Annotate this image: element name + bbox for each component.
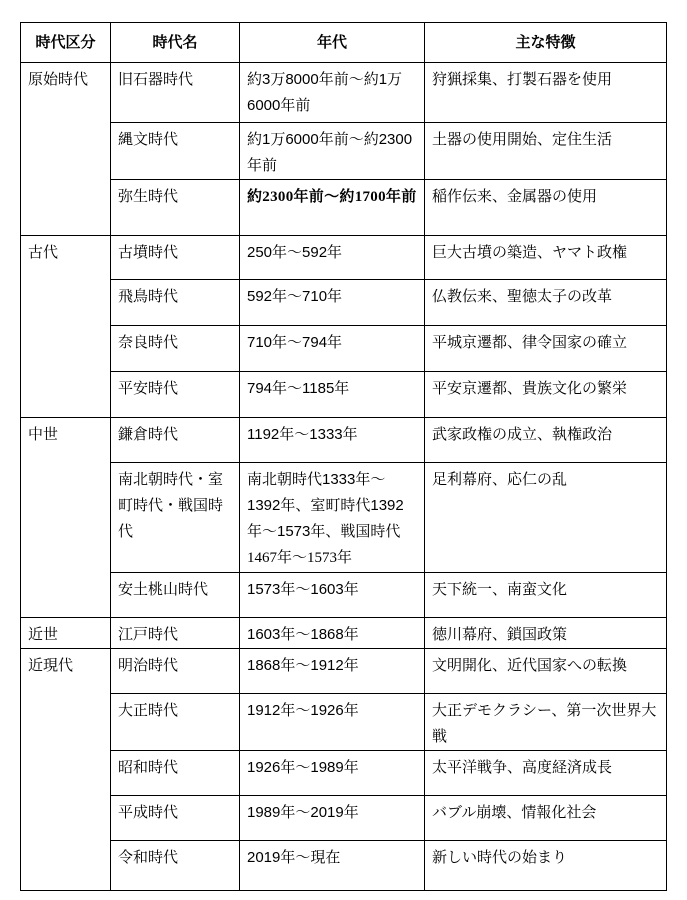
- era-table: 時代区分 時代名 年代 主な特徴 原始時代旧石器時代約3万8000年前〜約1万6…: [20, 22, 667, 891]
- era-group-cell: 古代: [21, 236, 111, 418]
- era-years-text: 794年〜1185年: [247, 380, 349, 397]
- era-years-text: 710年〜794年: [247, 334, 342, 351]
- era-years-text: 1868年〜1912年: [247, 657, 359, 674]
- era-features-cell: バブル崩壊、情報化社会: [425, 796, 667, 841]
- era-name-cell: 古墳時代: [111, 236, 240, 280]
- era-features-cell: 新しい時代の始まり: [425, 841, 667, 891]
- era-name-cell: 奈良時代: [111, 326, 240, 372]
- header-cell-era-category: 時代区分: [21, 23, 111, 63]
- era-name-cell: 旧石器時代: [111, 63, 240, 123]
- era-years-text: 約2300年前〜約1700年前: [247, 189, 417, 205]
- era-years-text: 250年〜592年: [247, 244, 342, 261]
- era-years-cell: 1192年〜1333年: [240, 418, 425, 463]
- era-years-text: 1603年〜1868年: [247, 626, 359, 643]
- era-name-cell: 江戸時代: [111, 618, 240, 649]
- era-years-cell: 710年〜794年: [240, 326, 425, 372]
- header-cell-features: 主な特徴: [425, 23, 667, 63]
- era-name-cell: 平安時代: [111, 372, 240, 418]
- era-years-cell: 約3万8000年前〜約1万6000年前: [240, 63, 425, 123]
- era-years-text: 南北朝時代1333年〜1392年、室町時代1392年〜1573年、戦国時代: [247, 471, 404, 540]
- era-features-cell: 平城京遷都、律令国家の確立: [425, 326, 667, 372]
- table-row: 弥生時代約2300年前〜約1700年前稲作伝来、金属器の使用: [21, 180, 667, 236]
- era-name-cell: 鎌倉時代: [111, 418, 240, 463]
- era-years-cell: 592年〜710年: [240, 280, 425, 326]
- era-features-cell: 稲作伝来、金属器の使用: [425, 180, 667, 236]
- table-row: 昭和時代1926年〜1989年太平洋戦争、高度経済成長: [21, 751, 667, 796]
- era-years-cell: 1573年〜1603年: [240, 573, 425, 618]
- table-row: 平成時代1989年〜2019年バブル崩壊、情報化社会: [21, 796, 667, 841]
- era-years-text: 約3万8000年前〜約1万6000年前: [247, 71, 402, 114]
- era-features-cell: 武家政権の成立、執権政治: [425, 418, 667, 463]
- era-features-cell: 土器の使用開始、定住生活: [425, 123, 667, 180]
- era-years-cell: 1603年〜1868年: [240, 618, 425, 649]
- era-years-text: 2019年〜現在: [247, 849, 340, 866]
- table-row: 奈良時代710年〜794年平城京遷都、律令国家の確立: [21, 326, 667, 372]
- era-name-cell: 安土桃山時代: [111, 573, 240, 618]
- document-page: 時代区分 時代名 年代 主な特徴 原始時代旧石器時代約3万8000年前〜約1万6…: [0, 0, 687, 900]
- era-name-cell: 明治時代: [111, 649, 240, 694]
- era-years-text: 1989年〜2019年: [247, 804, 359, 821]
- table-row: 大正時代1912年〜1926年大正デモクラシー、第一次世界大戦: [21, 694, 667, 751]
- era-years-text: 1912年〜1926年: [247, 702, 359, 719]
- era-name-cell: 縄文時代: [111, 123, 240, 180]
- era-group-cell: 近現代: [21, 649, 111, 891]
- era-years-text: 1467年〜1573年: [247, 550, 352, 566]
- era-features-cell: 天下統一、南蛮文化: [425, 573, 667, 618]
- era-features-cell: 太平洋戦争、高度経済成長: [425, 751, 667, 796]
- era-years-cell: 794年〜1185年: [240, 372, 425, 418]
- table-row: 平安時代794年〜1185年平安京遷都、貴族文化の繁栄: [21, 372, 667, 418]
- era-features-cell: 仏教伝来、聖徳太子の改革: [425, 280, 667, 326]
- era-name-cell: 弥生時代: [111, 180, 240, 236]
- era-features-cell: 文明開化、近代国家への転換: [425, 649, 667, 694]
- header-cell-years: 年代: [240, 23, 425, 63]
- table-row: 近世江戸時代1603年〜1868年徳川幕府、鎖国政策: [21, 618, 667, 649]
- era-years-cell: 約1万6000年前〜約2300年前: [240, 123, 425, 180]
- era-years-cell: 南北朝時代1333年〜1392年、室町時代1392年〜1573年、戦国時代146…: [240, 463, 425, 573]
- era-name-cell: 飛鳥時代: [111, 280, 240, 326]
- era-years-text: 592年〜710年: [247, 288, 342, 305]
- era-years-cell: 250年〜592年: [240, 236, 425, 280]
- era-group-cell: 近世: [21, 618, 111, 649]
- era-years-text: 1573年〜1603年: [247, 581, 359, 598]
- table-row: 中世鎌倉時代1192年〜1333年武家政権の成立、執権政治: [21, 418, 667, 463]
- era-group-cell: 中世: [21, 418, 111, 618]
- era-features-cell: 狩猟採集、打製石器を使用: [425, 63, 667, 123]
- header-row: 時代区分 時代名 年代 主な特徴: [21, 23, 667, 63]
- era-years-cell: 1989年〜2019年: [240, 796, 425, 841]
- era-group-cell: 原始時代: [21, 63, 111, 236]
- era-years-text: 約1万6000年前〜約2300年前: [247, 131, 412, 174]
- table-row: 古代古墳時代250年〜592年巨大古墳の築造、ヤマト政権: [21, 236, 667, 280]
- era-years-cell: 1868年〜1912年: [240, 649, 425, 694]
- era-name-cell: 令和時代: [111, 841, 240, 891]
- era-years-text: 1926年〜1989年: [247, 759, 359, 776]
- era-years-cell: 1926年〜1989年: [240, 751, 425, 796]
- era-features-cell: 足利幕府、応仁の乱: [425, 463, 667, 573]
- era-features-cell: 平安京遷都、貴族文化の繁栄: [425, 372, 667, 418]
- era-years-cell: 約2300年前〜約1700年前: [240, 180, 425, 236]
- era-years-text: 1192年〜1333年: [247, 426, 358, 443]
- table-row: 近現代明治時代1868年〜1912年文明開化、近代国家への転換: [21, 649, 667, 694]
- header-cell-era-name: 時代名: [111, 23, 240, 63]
- era-name-cell: 南北朝時代・室町時代・戦国時代: [111, 463, 240, 573]
- era-features-cell: 大正デモクラシー、第一次世界大戦: [425, 694, 667, 751]
- era-features-cell: 巨大古墳の築造、ヤマト政権: [425, 236, 667, 280]
- table-row: 飛鳥時代592年〜710年仏教伝来、聖徳太子の改革: [21, 280, 667, 326]
- era-years-cell: 2019年〜現在: [240, 841, 425, 891]
- era-years-cell: 1912年〜1926年: [240, 694, 425, 751]
- era-name-cell: 平成時代: [111, 796, 240, 841]
- table-row: 縄文時代約1万6000年前〜約2300年前土器の使用開始、定住生活: [21, 123, 667, 180]
- table-row: 令和時代2019年〜現在新しい時代の始まり: [21, 841, 667, 891]
- era-features-cell: 徳川幕府、鎖国政策: [425, 618, 667, 649]
- table-row: 原始時代旧石器時代約3万8000年前〜約1万6000年前狩猟採集、打製石器を使用: [21, 63, 667, 123]
- table-row: 安土桃山時代1573年〜1603年天下統一、南蛮文化: [21, 573, 667, 618]
- era-name-cell: 大正時代: [111, 694, 240, 751]
- era-name-cell: 昭和時代: [111, 751, 240, 796]
- table-row: 南北朝時代・室町時代・戦国時代南北朝時代1333年〜1392年、室町時代1392…: [21, 463, 667, 573]
